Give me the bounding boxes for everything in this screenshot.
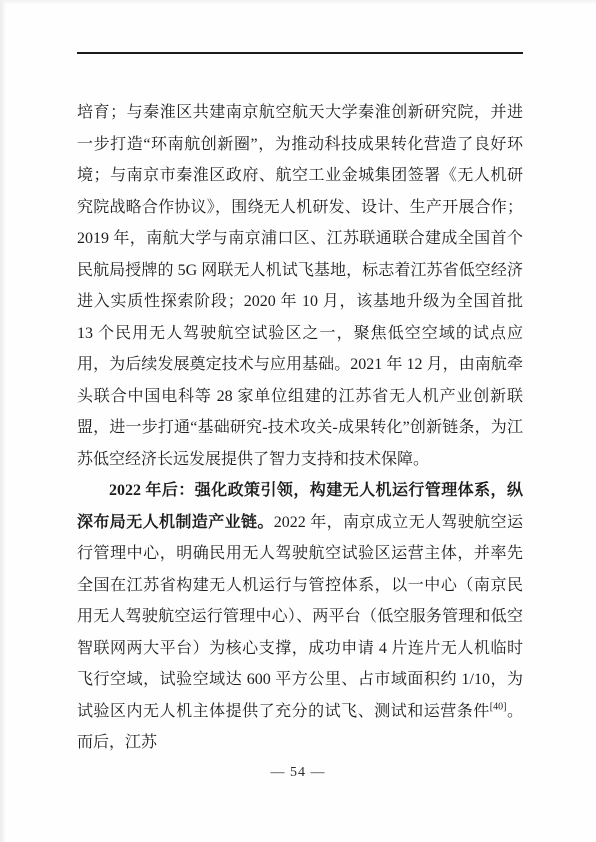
text-segment: 2022 年，南京成立无人驾驶航空运行管理中心，明确民用无人驾驶航空试验区运营主… <box>77 514 523 720</box>
page-number: — 54 — <box>0 765 596 781</box>
document-body: 培育；与秦淮区共建南京航空航天大学秦淮创新研究院，并进一步打造“环南航创新圈”，… <box>77 97 523 759</box>
text-segment: 培育；与秦淮区共建南京航空航天大学秦淮创新研究院，并进一步打造“环南航创新圈”，… <box>77 104 523 468</box>
paragraph-continuation: 培育；与秦淮区共建南京航空航天大学秦淮创新研究院，并进一步打造“环南航创新圈”，… <box>77 97 523 475</box>
scan-edge-left <box>0 0 6 842</box>
header-rule <box>77 52 523 54</box>
document-page: 培育；与秦淮区共建南京航空航天大学秦淮创新研究院，并进一步打造“环南航创新圈”，… <box>0 0 596 842</box>
paragraph-2022-and-after: 2022 年后：强化政策引领，构建无人机运行管理体系，纵深布局无人机制造产业链。… <box>77 475 523 759</box>
footnote-reference: [40] <box>490 701 507 712</box>
scan-edge-top <box>0 0 596 4</box>
